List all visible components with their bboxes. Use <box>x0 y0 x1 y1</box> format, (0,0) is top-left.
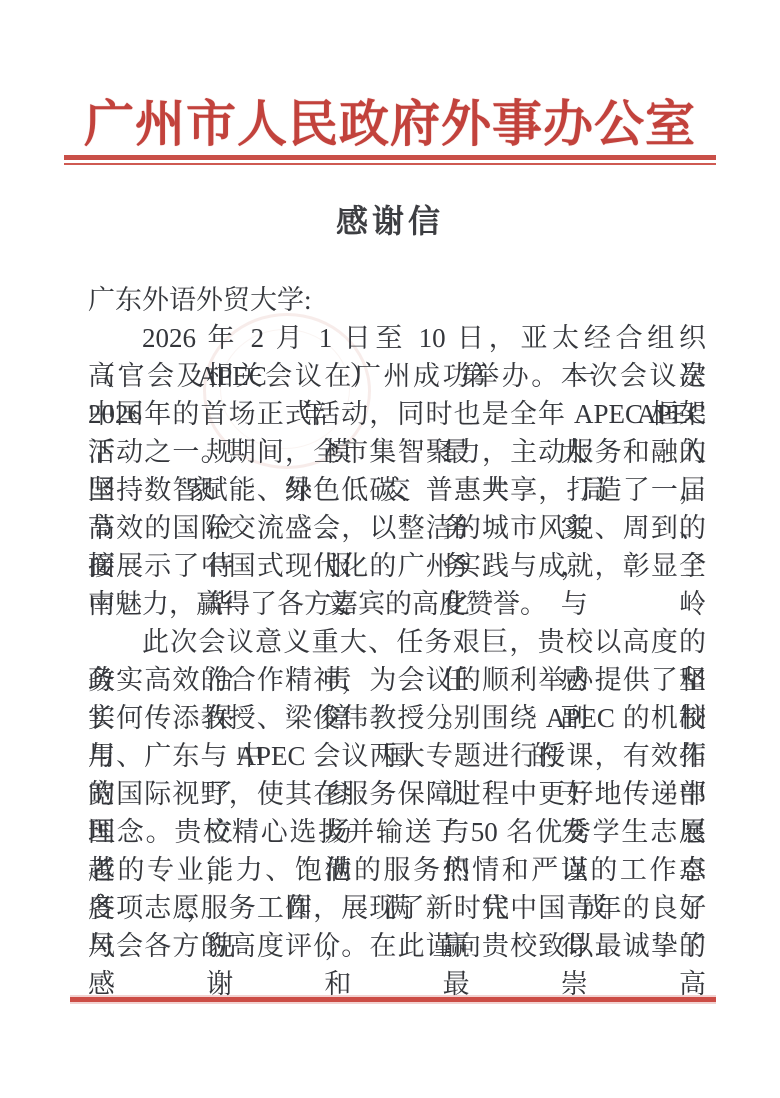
letterhead-rule <box>64 155 716 165</box>
body-line: 高效的国际交流盛会，以整洁的城市风貌、周到的接待服务，全 <box>88 509 706 547</box>
footer-rule <box>70 997 716 1002</box>
body-line: 的国际视野，使其在服务保障过程中更好地传递中国立场与发展 <box>88 775 706 813</box>
letterhead-rule-thin <box>64 163 716 165</box>
letterhead-rule-thick <box>64 155 716 160</box>
body-line: 理念。贵校精心选拔并输送了 50 名优秀学生志愿者，他们以卓 <box>88 813 706 851</box>
body-line: 各项志愿服务工作，展现了新时代中国青年的良好风貌，赢得了 <box>88 889 706 927</box>
body-line: 2026 年 2 月 1 日至 10 日，亚太经合组织（APEC）第一次 <box>88 319 706 357</box>
paragraphs-container: 2026 年 2 月 1 日至 10 日，亚太经合组织（APEC）第一次高官会及… <box>88 319 706 965</box>
letterhead-org-name: 广州市人民政府外事办公室 <box>0 84 780 156</box>
body-line: 用、广东与 APEC 会议两大专题进行授课，有效拓宽了参训干部 <box>88 737 706 775</box>
body-line: 坚持数智赋能、绿色低碳、普惠共享，打造了一届节俭、务实、 <box>88 471 706 509</box>
letter-body: 广东外语外贸大学: 2026 年 2 月 1 日至 10 日，亚太经合组织（AP… <box>88 281 706 965</box>
body-line: 长何传添教授、梁俊伟教授分别围绕 APEC 的机制与中国的作 <box>88 699 706 737</box>
body-line: 此次会议意义重大、任务艰巨，贵校以高度的政治责任感和 <box>88 623 706 661</box>
letter-title: 感谢信 <box>0 196 780 242</box>
scanned-letter-page: 广州市人民政府外事办公室 感谢信 广东外语外贸大学: 2026 年 2 月 1 … <box>0 0 780 1098</box>
body-line: 与会各方的高度评价。在此谨向贵校致以最诚挚的感谢和最崇高 <box>88 927 706 965</box>
body-line: 中国年的首场正式活动，同时也是全年 APEC 框架下规模最大的 <box>88 395 706 433</box>
body-line: 活动之一。期间，全市集智聚力，主动服务和融入国家外交大局， <box>88 433 706 471</box>
body-line: 务实高效的合作精神，为会议的顺利举办提供了坚实保障。副校 <box>88 661 706 699</box>
body-line: 面展示了中国式现代化的广州实践与成就，彰显了中华文化与岭 <box>88 547 706 585</box>
body-line: 高官会及相关会议在广州成功举办。本次会议是 2026 年 APEC <box>88 357 706 395</box>
body-line: 越的专业能力、饱满的服务热情和严谨的工作态度，圆满完成了 <box>88 851 706 889</box>
salutation: 广东外语外贸大学: <box>88 281 706 319</box>
